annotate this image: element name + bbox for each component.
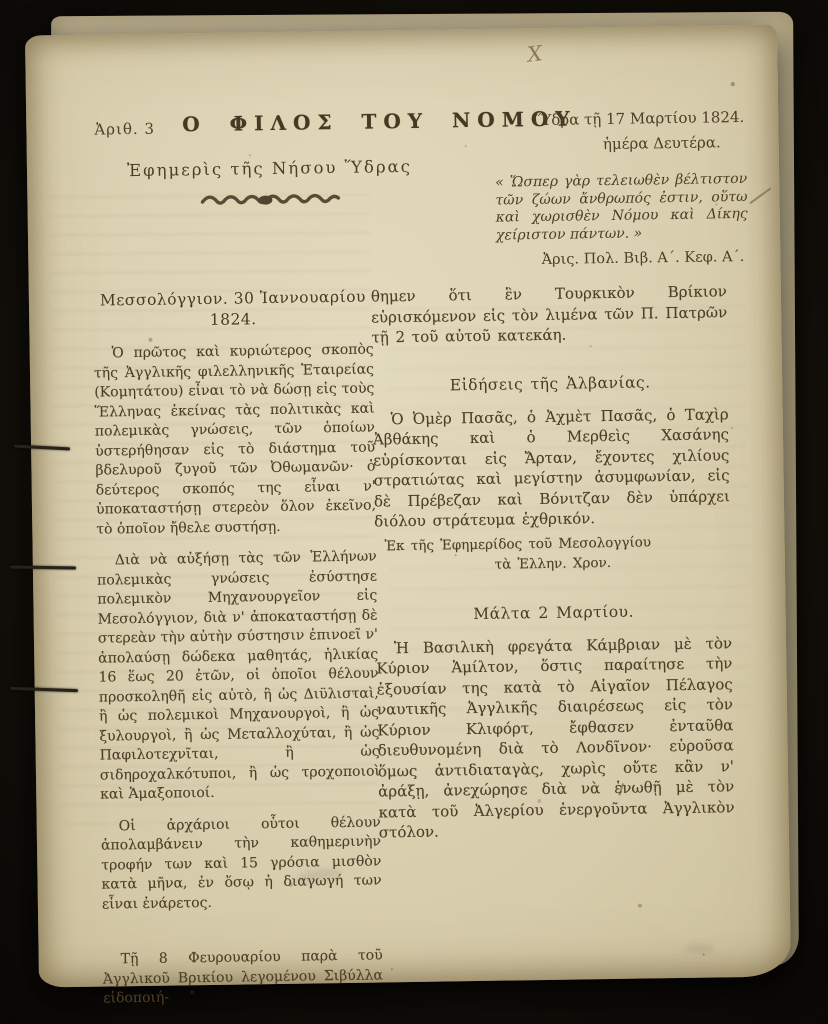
section-dateline-messolonghi: Μεσσολόγγιον. 30 Ἰαννουαρίου 1824. [93, 286, 374, 332]
dateline-place-date: Ὕδρα τῇ 17 Μαρτίου 1824. [535, 108, 744, 129]
dateline-weekday: ἡμέρα Δευτέρα. [456, 130, 744, 159]
motto-quote: « Ὥσπερ γὰρ τελειωθὲν βέλτιστον τῶν ζώων… [495, 171, 748, 245]
article-paragraph: Διὰ νὰ αὐξήσῃ τὰς τῶν Ἑλλήνων πολεμικὰς … [97, 547, 381, 805]
left-column: Μεσσολόγγιον. 30 Ἰαννουαρίου 1824. Ὁ πρῶ… [93, 286, 384, 1009]
handwritten-x-mark: X [526, 41, 544, 67]
article-paragraph: Ἡ Βασιλικὴ φρεγάτα Κάμβριαν μὲ τὸν Κύριο… [376, 633, 735, 843]
photo-background: X Ἀριθ. 3 Ο ΦΙΛΟΣ ΤΟΥ ΝΟΜΟΥ Ὕδρα τῇ 17 Μ… [0, 0, 828, 1024]
dateline: Ὕδρα τῇ 17 Μαρτίου 1824. ἡμέρα Δευτέρα. [456, 105, 745, 159]
motto-attribution: Ἀρις. Πολ. Βιβ. Α΄. Κεφ. Α΄. [496, 249, 748, 269]
right-column: θημεν ὅτι ἓν Τουρκικὸν Βρίκιον εὑρισκόμε… [371, 281, 735, 843]
article-paragraph-continuation: θημεν ὅτι ἓν Τουρκικὸν Βρίκιον εὑρισκόμε… [371, 281, 728, 348]
section-heading-malta: Μάλτα 2 Μαρτίου. [375, 600, 731, 626]
article-paragraph: Ὁ πρῶτος καὶ κυριώτερος σκοπὸς τῆς Ἀγγλι… [94, 340, 377, 539]
article-paragraph: Οἱ ἀρχάριοι οὗτοι θέλουν ἀπολαμβάνειν τὴ… [101, 813, 382, 915]
masthead-subtitle: Ἐφημερὶς τῆς Νήσου Ὕδρας [127, 157, 412, 180]
section-heading-albania: Εἰδήσεις τῆς Ἀλβανίας. [372, 371, 728, 397]
paper-specks [25, 36, 27, 38]
paper-smudge [685, 944, 715, 954]
newspaper-page: X Ἀριθ. 3 Ο ΦΙΛΟΣ ΤΟΥ ΝΟΜΟΥ Ὕδρα τῇ 17 Μ… [25, 24, 791, 987]
article-paragraph: Τῇ 8 Φευρουαρίου παρὰ τοῦ Ἀγγλικοῦ Βρικί… [103, 946, 384, 1009]
article-paragraph: Ὁ Ὀμὲρ Πασᾶς, ὁ Ἀχμὲτ Πασᾶς, ὁ Ταχὶρ Ἀβθ… [373, 404, 731, 532]
issue-number: Ἀριθ. 3 [94, 120, 155, 139]
pen-stroke [749, 187, 771, 204]
ornament-squiggle [199, 190, 341, 210]
stitch-thread [10, 565, 76, 569]
